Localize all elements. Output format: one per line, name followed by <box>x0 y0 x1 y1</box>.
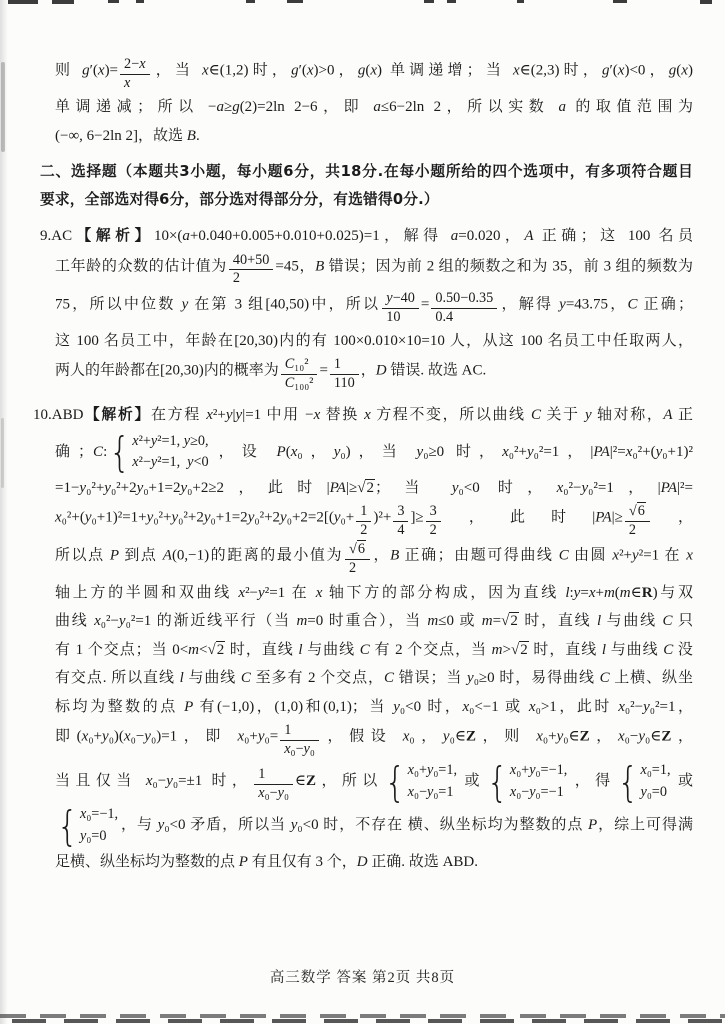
cases-row: x²−y²=1, y<0 <box>132 452 208 473</box>
fraction: 1x₀−y₀ <box>280 722 319 759</box>
cases-row: x₀=1, <box>641 760 671 781</box>
doc-line: 足横、纵坐标均为整数的点 P 有且仅有 3 个，D 正确. 故选 ABD. <box>40 849 693 876</box>
cases-row: y₀=0 <box>641 782 671 803</box>
cases-system: {x²+y²=1, y≥0,x²−y²=1, y<0 <box>109 431 208 474</box>
fraction: C₁₀²C₁₀₀² <box>281 356 318 393</box>
document-page: 则 g′(x)=2−xx，当 x∈(1,2)时，g′(x)>0，g(x) 单调递… <box>0 0 725 1024</box>
doc-line: 要求，全部选对得6分，部分选对得部分分，有选错得0分.） <box>40 187 693 214</box>
fraction: 0.50−0.350.4 <box>431 290 497 327</box>
left-brace: { <box>57 805 78 846</box>
doc-line: 即(x₀+y₀)(x₀−y₀)=1，即 x₀+y₀=1x₀−y₀，假设 x₀，y… <box>40 722 693 759</box>
page-footer: 高三数学 答案 第2页 共8页 <box>0 966 725 987</box>
fraction: 34 <box>393 503 408 540</box>
scan-artifact <box>424 0 434 3</box>
doc-line: 这 100 名员工中，年龄在[20,30)内的有 100×0.010×10=10… <box>40 328 693 355</box>
cases-row: x₀+y₀=−1, <box>510 760 567 781</box>
cases-system: {x₀+y₀=−1,x₀−y₀=−1 <box>487 760 567 803</box>
doc-line: {x₀=−1,y₀=0，与 y₀<0 矛盾，所以当 y₀<0 时，不存在 横、纵… <box>40 804 693 847</box>
cases-row: x₀+y₀=1, <box>408 760 457 781</box>
cases-row: x₀=−1, <box>80 804 118 825</box>
cases-system: {x₀=1,y₀=0 <box>618 760 671 803</box>
fraction: 32 <box>426 503 441 540</box>
scan-artifact <box>447 0 456 3</box>
doc-line: x₀²+(y₀+1)²=1+y₀²+y₀²+2y₀+1=2y₀²+2y₀+2=2… <box>40 503 693 540</box>
scan-artifact <box>8 0 38 4</box>
doc-line: 工年龄的众数的估计值为40+502=45，B 错误；因为前 2 组的频数之和为 … <box>40 252 693 289</box>
doc-line: 有交点. 所以直线 l 与曲线 C 至多有 2 个交点，C 错误；当 y₀≥0 … <box>40 665 693 692</box>
fraction: 1110 <box>330 356 359 393</box>
scan-artifact <box>52 0 74 4</box>
doc-line: 单调递减；所以 −a≥g(2)=2ln 2−6，即 a≤6−2ln 2，所以实数… <box>40 94 693 121</box>
fraction: 2−xx <box>120 56 150 93</box>
left-brace: { <box>109 431 130 472</box>
doc-line: 75，所以中位数 y 在第 3 组[40,50)中，所以y−4010=0.50−… <box>40 290 693 327</box>
cases-row: x₀−y₀=−1 <box>510 782 567 803</box>
scan-artifact <box>613 0 627 3</box>
scan-artifact <box>136 0 144 3</box>
doc-line: 则 g′(x)=2−xx，当 x∈(1,2)时，g′(x)>0，g(x) 单调递… <box>40 56 693 93</box>
doc-line: 9.AC【解析】10×(a+0.040+0.005+0.010+0.025)=1… <box>40 223 693 250</box>
left-brace: { <box>618 761 639 802</box>
cases-row: x₀−y₀=1 <box>408 782 457 803</box>
bold-text: 要求，全部选对得6分，部分选对得部分分，有选错得0分.） <box>40 191 439 208</box>
doc-line: 二、选择题（本题共3小题，每小题6分，共18分.在每小题所给的四个选项中，有多项… <box>40 159 693 186</box>
scan-artifact <box>700 0 712 4</box>
doc-line: 当且仅当 x₀−y₀=±1 时，1x₀−y₀∈Z，所以{x₀+y₀=1,x₀−y… <box>40 760 693 803</box>
bold-text: 【解析】 <box>83 406 151 423</box>
doc-line: 所以点 P 到点 A(0,−1)的距离的最小值为√62，B 正确；由题可得曲线 … <box>40 541 693 578</box>
scan-artifact <box>287 0 303 3</box>
fraction: 1x₀−y₀ <box>254 766 293 803</box>
doc-line: 有 1 个交点；当 0<m<√2 时，直线 l 与曲线 C 有 2 个交点，当 … <box>40 637 693 664</box>
doc-line: (−∞, 6−2ln 2]，故选 B. <box>40 123 693 150</box>
bold-text: 二、选择题（本题共3小题，每小题6分，共18分.在每小题所给的四个选项中，有多项… <box>40 163 693 180</box>
scan-artifact <box>517 0 524 3</box>
fraction: √62 <box>345 541 370 578</box>
doc-line: 曲线 x₀²−y₀²=1 的渐近线平行（当 m=0 时重合），当 m≤0 或 m… <box>40 608 693 635</box>
scan-artifact <box>108 0 119 3</box>
doc-line: 确；C:{x²+y²=1, y≥0,x²−y²=1, y<0，设 P(x₀，y₀… <box>40 431 693 474</box>
cases-row: y₀=0 <box>80 826 118 847</box>
scan-bottom-band <box>12 1019 725 1023</box>
doc-line: 轴上方的半圆和双曲线 x²−y²=1 在 x 轴下方的部分构成，因为直线 l:y… <box>40 580 693 607</box>
doc-line: 10.ABD【解析】在方程 x²+y|y|=1 中用 −x 替换 x 方程不变，… <box>33 402 693 429</box>
cases-system: {x₀+y₀=1,x₀−y₀=1 <box>385 760 457 803</box>
doc-line: 两人的年龄都在[20,30)内的概率为C₁₀²C₁₀₀²=1110，D 错误. … <box>40 356 693 393</box>
scan-edge-shadow <box>0 0 7 1024</box>
fraction: y−4010 <box>382 290 419 327</box>
scan-bottom-band <box>0 1014 725 1018</box>
fraction: √62 <box>625 503 650 540</box>
fraction: 40+502 <box>229 252 274 289</box>
doc-line: 标均为整数的点 P 有(−1,0)，(1,0)和(0,1)；当 y₀<0 时，x… <box>40 694 693 721</box>
scan-artifact <box>1 418 4 488</box>
scan-artifact <box>246 0 255 3</box>
left-brace: { <box>385 761 406 802</box>
doc-line: =1−y₀²+y₀²+2y₀+1=2y₀+2≥2，此时|PA|≥√2；当 y₀<… <box>40 475 693 502</box>
left-brace: { <box>487 761 508 802</box>
cases-row: x²+y²=1, y≥0, <box>132 431 208 452</box>
fraction: 12 <box>356 503 371 540</box>
scan-artifact <box>1 62 5 152</box>
document-content: 则 g′(x)=2−xx，当 x∈(1,2)时，g′(x)>0，g(x) 单调递… <box>40 56 693 877</box>
cases-system: {x₀=−1,y₀=0 <box>57 804 118 847</box>
bold-text: 【解析】 <box>72 227 154 244</box>
